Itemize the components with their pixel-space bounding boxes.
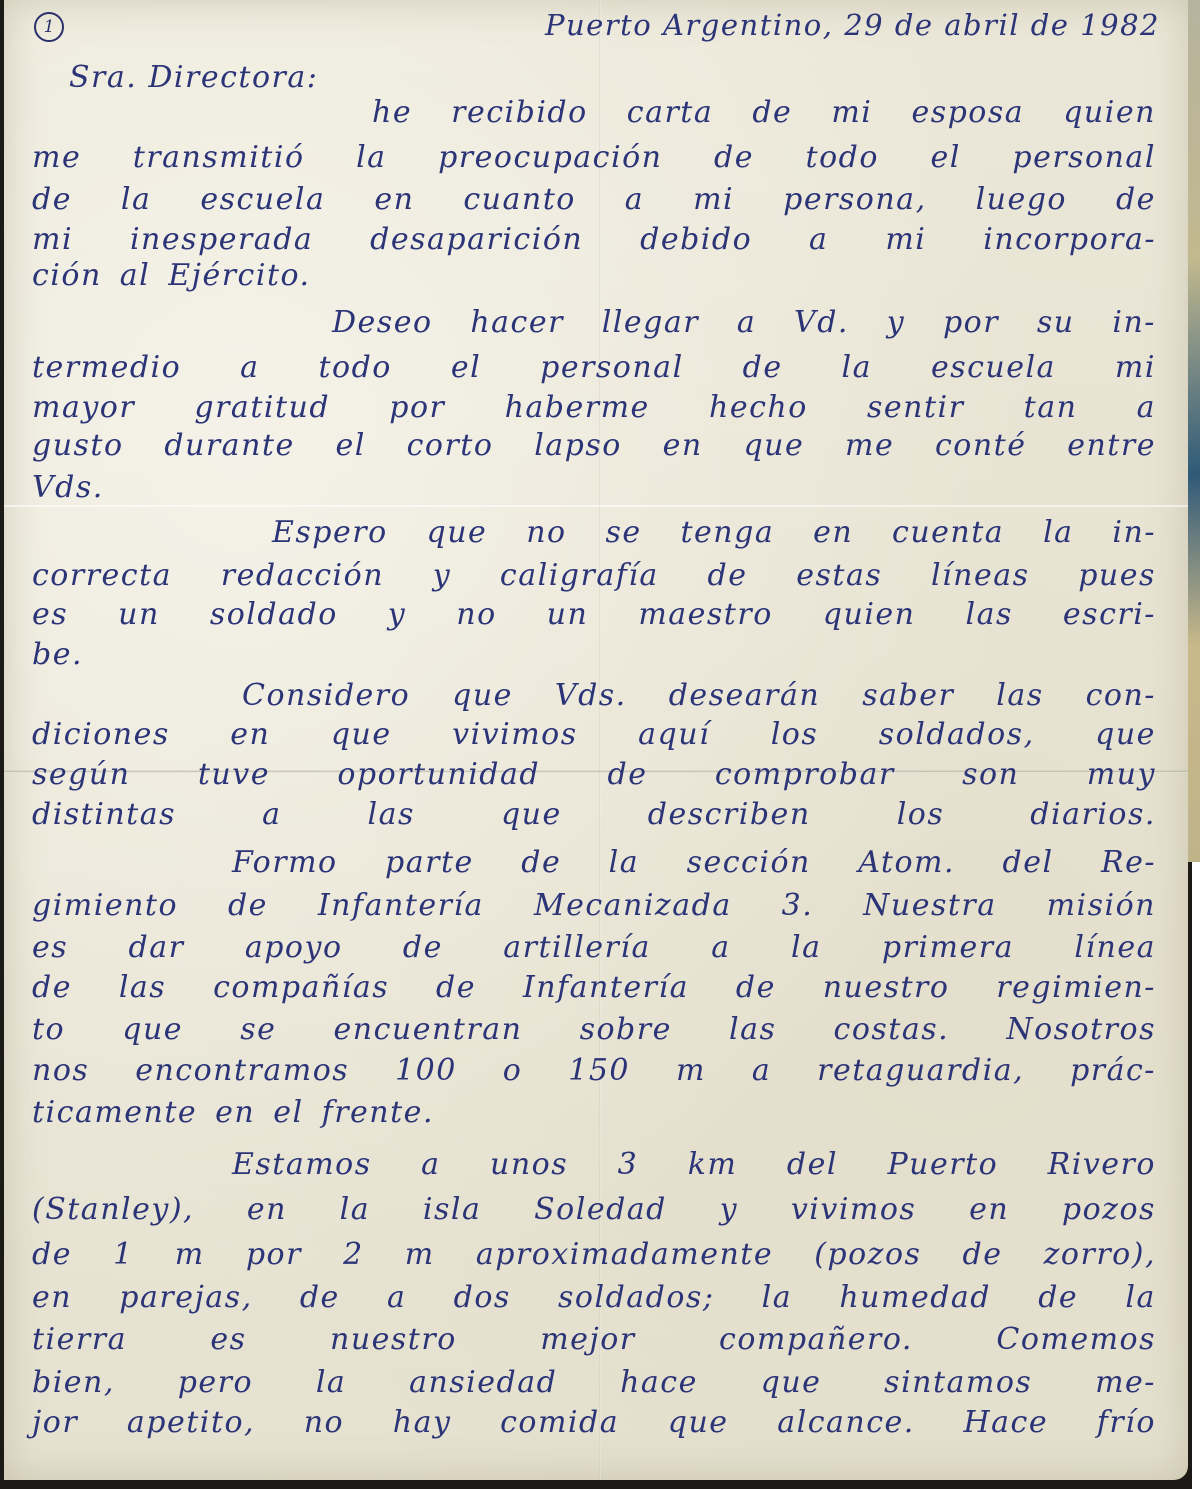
handwritten-word: por	[246, 1237, 302, 1272]
handwritten-word: artillería	[503, 930, 651, 965]
letter-line: delaescuelaencuantoamipersona,luegode	[32, 182, 1156, 217]
handwritten-word: saber	[862, 678, 954, 713]
handwritten-word: Ejército.	[168, 258, 310, 293]
handwritten-word: in-	[1112, 515, 1156, 550]
handwritten-word: mejor	[540, 1322, 635, 1357]
handwritten-word: la	[121, 182, 151, 217]
handwritten-word: Puerto	[887, 1147, 998, 1182]
handwritten-word: maestro	[638, 597, 772, 632]
handwritten-word: esposa	[911, 95, 1024, 130]
handwritten-word: la	[316, 1365, 346, 1400]
handwritten-word: es	[210, 1322, 246, 1357]
handwritten-word: que	[122, 1012, 183, 1047]
handwritten-word: todo	[806, 140, 879, 175]
handwritten-word: 3.	[782, 888, 814, 923]
handwritten-word: de	[32, 1237, 72, 1272]
handwritten-word: diarios.	[1030, 797, 1156, 832]
handwritten-word: un	[118, 597, 160, 632]
handwritten-word: que	[331, 717, 392, 752]
handwritten-word: de	[1116, 182, 1156, 217]
handwritten-word: quien	[823, 597, 916, 632]
handwritten-word: m	[676, 1053, 706, 1088]
handwritten-word: 2	[343, 1237, 364, 1272]
handwritten-word: en	[969, 1192, 1009, 1227]
handwritten-word: las	[966, 597, 1013, 632]
handwritten-word: la	[842, 350, 872, 385]
handwritten-word: que	[452, 678, 513, 713]
handwritten-word: he	[372, 95, 412, 130]
handwritten-word: persona,	[783, 182, 927, 217]
handwritten-word: de	[607, 757, 647, 792]
dateline: Puerto Argentino, 29 de abril de 1982	[545, 8, 1160, 42]
handwritten-word: alcance.	[777, 1405, 915, 1440]
handwritten-word: se	[240, 1012, 276, 1047]
handwritten-word: apoyo	[245, 930, 343, 965]
handwritten-word: todo	[318, 350, 391, 385]
letter-line: herecibidocartademiesposaquien	[32, 95, 1156, 130]
handwritten-word: tierra	[32, 1322, 127, 1357]
handwritten-word: me	[32, 140, 81, 175]
handwritten-word: de	[32, 970, 72, 1005]
handwritten-word: mi	[885, 222, 926, 257]
handwritten-word: 150	[568, 1053, 630, 1088]
handwritten-word: luego	[976, 182, 1067, 217]
handwritten-word: a	[711, 930, 730, 965]
handwritten-word: personal	[1012, 140, 1156, 175]
handwritten-word: correcta	[32, 558, 172, 593]
handwritten-word: es	[32, 930, 68, 965]
handwritten-word: y	[887, 305, 905, 340]
handwritten-word: prác-	[1070, 1053, 1156, 1088]
handwritten-word: 1	[113, 1237, 134, 1272]
handwritten-word: gratitud	[194, 390, 330, 425]
handwritten-word: Vds.	[555, 678, 627, 713]
handwritten-word: la	[1125, 1280, 1155, 1315]
handwritten-word: km	[688, 1147, 738, 1182]
handwritten-word: de	[714, 140, 754, 175]
handwritten-word: al	[120, 258, 150, 293]
letter-line: miinesperadadesaparicióndebidoamiincorpo…	[32, 222, 1156, 257]
handwritten-word: costas.	[834, 1012, 950, 1047]
handwritten-word: su	[1037, 305, 1075, 340]
letter-line: toqueseencuentransobrelascostas.Nosotros	[32, 1012, 1156, 1047]
handwritten-word: pues	[1078, 558, 1156, 593]
handwritten-word: de	[32, 182, 72, 217]
handwritten-word: sintamos	[884, 1365, 1032, 1400]
handwritten-word: y	[433, 558, 451, 593]
handwritten-word: que	[501, 797, 562, 832]
handwritten-word: sección	[687, 845, 811, 880]
handwritten-word: describen	[648, 797, 811, 832]
handwritten-word: a	[809, 222, 828, 257]
handwritten-word: en	[215, 1095, 255, 1130]
handwritten-word: soldados;	[558, 1280, 714, 1315]
handwritten-word: de	[228, 888, 268, 923]
handwritten-word: Infantería	[523, 970, 689, 1005]
handwritten-word: en	[230, 717, 270, 752]
handwritten-word: in-	[1112, 305, 1156, 340]
handwritten-word: las	[996, 678, 1043, 713]
handwritten-word: redacción	[221, 558, 384, 593]
handwritten-word: en	[32, 1280, 72, 1315]
handwritten-word: desearán	[669, 678, 821, 713]
letter-line: distintasalasquedescribenlosdiarios.	[32, 797, 1156, 832]
letter-line: dicionesenquevivimosaquílossoldados,que	[32, 717, 1156, 752]
handwritten-word: parte	[385, 845, 474, 880]
handwritten-word: nuestro	[330, 1322, 457, 1357]
handwritten-word: nuestro	[823, 970, 950, 1005]
letter-line: Estamosaunos3kmdelPuertoRivero	[32, 1147, 1156, 1182]
handwritten-word: durante	[164, 428, 294, 463]
handwritten-word: mi	[831, 95, 872, 130]
handwritten-word: vivimos	[452, 717, 578, 752]
handwritten-word: unos	[490, 1147, 568, 1182]
handwritten-word: Soledad	[534, 1192, 667, 1227]
handwritten-word: de	[436, 970, 476, 1005]
handwritten-word: entre	[1067, 428, 1156, 463]
handwritten-word: mi	[1115, 350, 1156, 385]
handwritten-word: hecho	[709, 390, 808, 425]
background-edge	[1188, 0, 1200, 862]
handwritten-word: línea	[1074, 930, 1156, 965]
handwritten-word: quien	[1063, 95, 1156, 130]
handwritten-word: Espero	[272, 515, 388, 550]
handwritten-word: to	[32, 1012, 65, 1047]
handwritten-word: encontramos	[135, 1053, 349, 1088]
handwritten-word: a	[752, 1053, 771, 1088]
handwritten-word: incorpora-	[983, 222, 1156, 257]
handwritten-word: la	[791, 930, 821, 965]
handwritten-word: personal	[540, 350, 684, 385]
handwritten-word: ticamente	[32, 1095, 197, 1130]
handwritten-word: oportunidad	[337, 757, 540, 792]
handwritten-word: muy	[1087, 757, 1156, 792]
handwritten-word: primera	[882, 930, 1014, 965]
handwritten-word: inesperada	[130, 222, 313, 257]
handwritten-word: Formo	[232, 845, 338, 880]
handwritten-word: (pozos	[814, 1237, 921, 1272]
handwritten-word: Rivero	[1048, 1147, 1156, 1182]
handwritten-word: caligrafía	[500, 558, 659, 593]
handwritten-word: soldado	[210, 597, 338, 632]
handwritten-word: soldados,	[879, 717, 1035, 752]
handwritten-word: aproximadamente	[476, 1237, 773, 1272]
letter-line: correctaredacciónycaligrafíadeestaslínea…	[32, 558, 1156, 593]
handwritten-word: que	[761, 1365, 822, 1400]
handwritten-word: el	[451, 350, 481, 385]
handwritten-word: pozos	[1062, 1192, 1156, 1227]
handwritten-word: (Stanley),	[32, 1192, 194, 1227]
handwritten-word: Vds.	[32, 470, 104, 505]
letter-line: termedioatodoelpersonaldelaescuelami	[32, 350, 1156, 385]
handwritten-word: hace	[620, 1365, 698, 1400]
letter-line: Vds.	[32, 470, 1156, 505]
handwritten-word: apetito,	[127, 1405, 255, 1440]
handwritten-word: según	[32, 757, 131, 792]
handwritten-word: el	[930, 140, 960, 175]
handwritten-word: un	[547, 597, 589, 632]
handwritten-word: que	[1095, 717, 1156, 752]
handwritten-word: a	[240, 350, 259, 385]
handwritten-word: termedio	[32, 350, 181, 385]
salutation: Sra. Directora:	[69, 60, 318, 95]
paper-crease	[4, 505, 1188, 507]
handwritten-word: no	[526, 515, 566, 550]
handwritten-word: los	[897, 797, 945, 832]
handwritten-word: Estamos	[232, 1147, 372, 1182]
handwritten-word: a	[737, 305, 756, 340]
handwritten-word: preocupación	[438, 140, 662, 175]
letter-line: enparejas,deadossoldados;lahumedaddela	[32, 1280, 1156, 1315]
letter-line: be.	[32, 637, 1156, 672]
handwritten-word: desaparición	[370, 222, 583, 257]
handwritten-word: transmitió	[133, 140, 305, 175]
handwritten-word: conté	[935, 428, 1027, 463]
handwritten-word: de	[752, 95, 792, 130]
handwritten-word: son	[962, 757, 1019, 792]
handwritten-word: humedad	[839, 1280, 991, 1315]
handwritten-word: compañero.	[719, 1322, 913, 1357]
handwritten-word: los	[771, 717, 819, 752]
handwritten-word: vivimos	[791, 1192, 917, 1227]
handwritten-word: en	[813, 515, 853, 550]
handwritten-word: tan	[1024, 390, 1078, 425]
handwritten-word: be.	[32, 637, 83, 672]
handwritten-word: Comemos	[996, 1322, 1156, 1357]
handwritten-word: carta	[627, 95, 713, 130]
handwritten-word: que	[427, 515, 488, 550]
handwritten-word: dos	[454, 1280, 511, 1315]
handwritten-word: nos	[32, 1053, 89, 1088]
handwritten-word: hay	[393, 1405, 452, 1440]
letter-line: ticamenteenelfrente.	[32, 1095, 1156, 1130]
page-number-circle: 1	[34, 12, 64, 42]
letter-line: metransmitiólapreocupacióndetodoelperson…	[32, 140, 1156, 175]
handwritten-word: aquí	[638, 717, 710, 752]
handwritten-word: del	[1003, 845, 1054, 880]
handwritten-word: gusto	[32, 428, 124, 463]
handwritten-word: Nosotros	[1006, 1012, 1156, 1047]
handwritten-word: las	[729, 1012, 776, 1047]
handwritten-word: del	[787, 1147, 838, 1182]
handwritten-word: por	[943, 305, 999, 340]
handwritten-word: retaguardia,	[817, 1053, 1024, 1088]
handwritten-word: m	[175, 1237, 205, 1272]
handwritten-word: Vd.	[794, 305, 849, 340]
letter-line: FormopartedelasecciónAtom.delRe-	[32, 845, 1156, 880]
handwritten-word: tenga	[680, 515, 774, 550]
letter-line: tierraesnuestromejorcompañero.Comemos	[32, 1322, 1156, 1357]
handwritten-word: estas	[796, 558, 882, 593]
handwritten-word: dar	[129, 930, 185, 965]
handwritten-word: diciones	[32, 717, 170, 752]
handwritten-word: las	[119, 970, 166, 1005]
handwritten-word: de	[521, 845, 561, 880]
handwritten-word: Mecanizada	[534, 888, 732, 923]
handwritten-word: Re-	[1101, 845, 1156, 880]
handwritten-word: frente.	[322, 1095, 434, 1130]
handwritten-word: sentir	[867, 390, 964, 425]
handwritten-word: bien,	[32, 1365, 115, 1400]
handwritten-word: lapso	[534, 428, 622, 463]
handwritten-word: de	[1038, 1280, 1078, 1315]
handwritten-word: a	[625, 182, 644, 217]
handwritten-word: a	[1137, 390, 1156, 425]
handwritten-word: encuentran	[334, 1012, 523, 1047]
handwritten-word: pero	[178, 1365, 253, 1400]
letter-line: Esperoquenosetengaencuentalain-	[32, 515, 1156, 550]
letter-page: 1 Puerto Argentino, 29 de abril de 1982 …	[4, 0, 1188, 1480]
handwritten-word: por	[389, 390, 445, 425]
handwritten-word: Deseo	[332, 305, 433, 340]
letter-line: jorapetito,nohaycomidaquealcance.Hacefrí…	[32, 1405, 1156, 1440]
letter-line: ConsideroqueVds.desearánsaberlascon-	[32, 678, 1156, 713]
handwritten-word: comprobar	[715, 757, 895, 792]
handwritten-word: de	[743, 350, 783, 385]
handwritten-word: Infantería	[318, 888, 484, 923]
handwritten-word: cuenta	[892, 515, 1004, 550]
handwritten-word: que	[743, 428, 804, 463]
handwritten-word: la	[340, 1192, 370, 1227]
handwritten-word: 3	[618, 1147, 639, 1182]
handwritten-word: llegar	[602, 305, 699, 340]
handwritten-word: debido	[640, 222, 752, 257]
letter-line: mayorgratitudporhabermehechosentirtana	[32, 390, 1156, 425]
handwritten-word: las	[368, 797, 415, 832]
letter-line: esunsoldadoynounmaestroquienlasescri-	[32, 597, 1156, 632]
handwritten-word: ansiedad	[409, 1365, 557, 1400]
letter-line: (Stanley),enlaislaSoledadyvivimosenpozos	[32, 1192, 1156, 1227]
handwritten-word: regimien-	[996, 970, 1156, 1005]
handwritten-word: gimiento	[32, 888, 178, 923]
handwritten-word: haberme	[505, 390, 650, 425]
handwritten-word: con-	[1086, 678, 1156, 713]
handwritten-word: en	[374, 182, 414, 217]
letter-line: DeseohacerllegaraVd.yporsuin-	[32, 305, 1156, 340]
handwritten-word: no	[456, 597, 496, 632]
handwritten-word: de	[300, 1280, 340, 1315]
letter-line: nosencontramos100o150maretaguardia,prác-	[32, 1053, 1156, 1088]
handwritten-word: me-	[1095, 1365, 1156, 1400]
handwritten-word: y	[388, 597, 406, 632]
handwritten-word: parejas,	[119, 1280, 252, 1315]
letter-line: delascompañíasdeInfanteríadenuestroregim…	[32, 970, 1156, 1005]
handwritten-word: Atom.	[858, 845, 955, 880]
handwritten-word: de	[403, 930, 443, 965]
handwritten-word: líneas	[931, 558, 1030, 593]
handwritten-word: compañías	[213, 970, 389, 1005]
handwritten-word: que	[668, 1405, 729, 1440]
letter-line: ciónalEjército.	[32, 258, 1156, 293]
handwritten-word: la	[1043, 515, 1073, 550]
handwritten-word: tuve	[198, 757, 270, 792]
handwritten-word: corto	[407, 428, 494, 463]
handwritten-word: distintas	[32, 797, 176, 832]
handwritten-word: y	[720, 1192, 738, 1227]
handwritten-word: se	[605, 515, 641, 550]
handwritten-word: frío	[1097, 1405, 1156, 1440]
handwritten-word: escri-	[1063, 597, 1156, 632]
handwritten-word: la	[762, 1280, 792, 1315]
handwritten-word: comida	[500, 1405, 619, 1440]
handwritten-word: no	[304, 1405, 344, 1440]
letter-line: gimientodeInfanteríaMecanizada3.Nuestram…	[32, 888, 1156, 923]
handwritten-word: Considero	[242, 678, 410, 713]
handwritten-word: el	[273, 1095, 303, 1130]
background-edge-white	[1192, 862, 1200, 1489]
handwritten-word: 100	[395, 1053, 457, 1088]
handwritten-word: sobre	[580, 1012, 672, 1047]
handwritten-word: es	[32, 597, 68, 632]
handwritten-word: zorro),	[1044, 1237, 1156, 1272]
handwritten-word: la	[609, 845, 639, 880]
handwritten-word: recibido	[451, 95, 588, 130]
handwritten-word: escuela	[931, 350, 1056, 385]
handwritten-word: cuanto	[463, 182, 575, 217]
handwritten-word: hacer	[470, 305, 564, 340]
letter-line: esdarapoyodeartilleríaalaprimeralínea	[32, 930, 1156, 965]
handwritten-word: m	[405, 1237, 435, 1272]
handwritten-word: o	[503, 1053, 523, 1088]
handwritten-word: la	[356, 140, 386, 175]
handwritten-word: Nuestra	[863, 888, 997, 923]
handwritten-word: de	[963, 1237, 1003, 1272]
handwritten-word: en	[247, 1192, 287, 1227]
letter-line: segúntuveoportunidaddecomprobarsonmuy	[32, 757, 1156, 792]
handwritten-word: Hace	[964, 1405, 1049, 1440]
handwritten-word: a	[387, 1280, 406, 1315]
letter-line: bien,perolaansiedadhacequesintamosme-	[32, 1365, 1156, 1400]
handwritten-word: a	[262, 797, 281, 832]
handwritten-word: escuela	[200, 182, 325, 217]
handwritten-word: me	[845, 428, 894, 463]
handwritten-word: jor	[32, 1405, 78, 1440]
handwritten-word: isla	[423, 1192, 481, 1227]
handwritten-word: de	[708, 558, 748, 593]
letter-line: de1mpor2maproximadamente(pozosdezorro),	[32, 1237, 1156, 1272]
handwritten-word: mayor	[32, 390, 135, 425]
letter-line: gustoduranteelcortolapsoenquemecontéentr…	[32, 428, 1156, 463]
handwritten-word: a	[421, 1147, 440, 1182]
handwritten-word: en	[663, 428, 703, 463]
handwritten-word: de	[736, 970, 776, 1005]
handwritten-word: ción	[32, 258, 102, 293]
handwritten-word: el	[335, 428, 365, 463]
handwritten-word: misión	[1047, 888, 1156, 923]
handwritten-word: mi	[693, 182, 734, 217]
handwritten-word: mi	[32, 222, 73, 257]
